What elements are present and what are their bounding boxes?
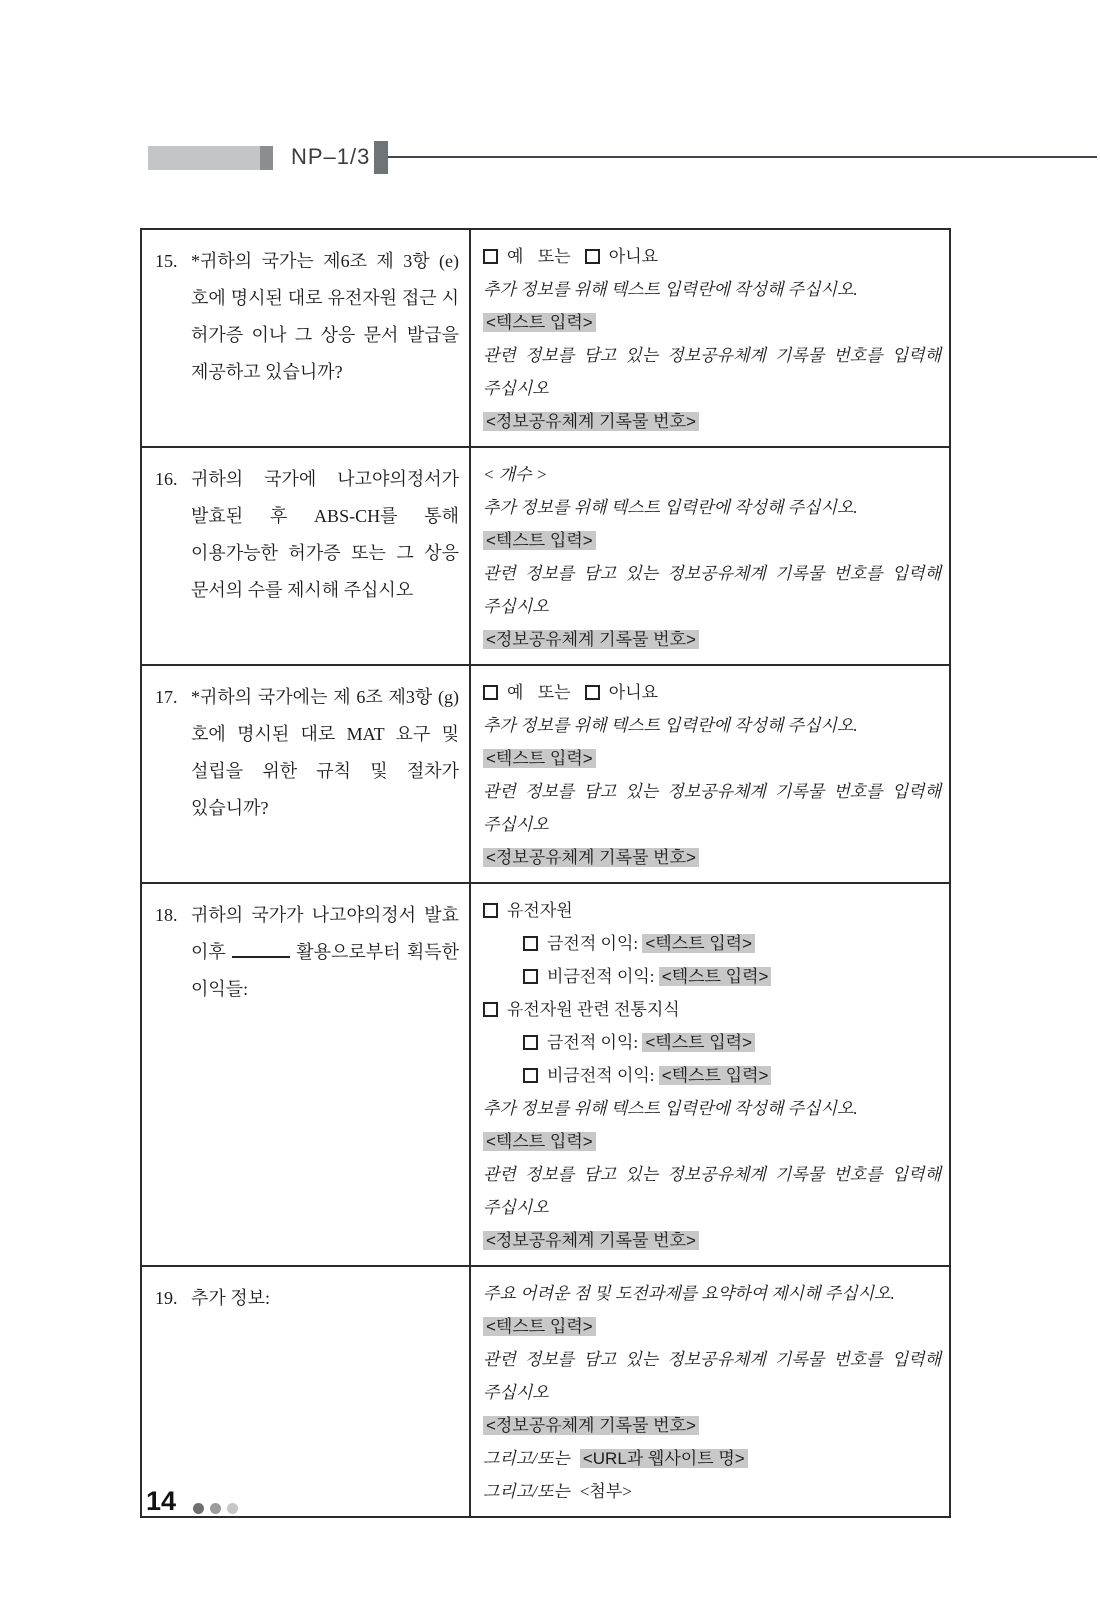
blank-underline xyxy=(232,944,290,958)
record-number-prompt: 관련 정보를 담고 있는 정보공유체계 기록물 번호를 입력해 주십시오 xyxy=(483,339,941,405)
add-info-prompt: 추가 정보를 위해 텍스트 입력란에 작성해 주십시오. xyxy=(483,491,941,524)
dot-icon xyxy=(210,1503,221,1514)
q15-no-checkbox[interactable] xyxy=(585,249,600,264)
answer-cell-q16: < 개수 > 추가 정보를 위해 텍스트 입력란에 작성해 주십시오. <텍스트… xyxy=(471,448,949,664)
yes-label: 예 xyxy=(507,683,523,702)
question-cell-q18: 18. 귀하의 국가가 나고야의정서 발효 이후 활용으로부터 획득한 이익들: xyxy=(142,884,471,1265)
gr-non-monetary-text-input-field[interactable]: <텍스트 입력> xyxy=(659,967,772,986)
header-bar-end-cap xyxy=(260,146,273,170)
question-text: 귀하의 국가에 나고야의정서가 발효된 후 ABS-CH를 통해 이용가능한 허… xyxy=(191,461,459,609)
table-row-q17: 17. *귀하의 국가에는 제 6조 제3항 (g)호에 명시된 대로 MAT … xyxy=(142,664,949,882)
tk-non-monetary-checkbox[interactable] xyxy=(523,1068,538,1083)
record-number-field[interactable]: <정보공유체계 기록물 번호> xyxy=(483,1416,699,1435)
tk-monetary-line: 금전적 이익: <텍스트 입력> xyxy=(483,1026,941,1059)
text-input-field[interactable]: <텍스트 입력> xyxy=(483,1132,596,1151)
monetary-label: 금전적 이익: xyxy=(547,934,638,953)
challenges-prompt: 주요 어려운 점 및 도전과제를 요약하여 제시해 주십시오. xyxy=(483,1277,941,1310)
dot-icon xyxy=(193,1503,204,1514)
text-input-field[interactable]: <텍스트 입력> xyxy=(483,531,596,550)
record-number-prompt: 관련 정보를 담고 있는 정보공유체계 기록물 번호를 입력해 주십시오 xyxy=(483,775,941,841)
and-or-label: 그리고/또는 xyxy=(483,1449,570,1468)
count-field[interactable]: < 개수 > xyxy=(483,465,547,484)
or-label: 또는 xyxy=(538,247,571,266)
q15-yes-checkbox[interactable] xyxy=(483,249,498,264)
record-number-field[interactable]: <정보공유체계 기록물 번호> xyxy=(483,412,699,431)
or-label: 또는 xyxy=(538,683,571,702)
add-info-prompt: 추가 정보를 위해 텍스트 입력란에 작성해 주십시오. xyxy=(483,273,941,306)
record-number-prompt: 관련 정보를 담고 있는 정보공유체계 기록물 번호를 입력해 주십시오 xyxy=(483,557,941,623)
answer-cell-q15: 예 또는 아니요 추가 정보를 위해 텍스트 입력란에 작성해 주십시오. <텍… xyxy=(471,230,949,446)
record-number-line: <정보공유체계 기록물 번호> xyxy=(483,1409,941,1442)
text-input-line: <텍스트 입력> xyxy=(483,524,941,557)
non-monetary-label: 비금전적 이익: xyxy=(547,1066,655,1085)
traditional-knowledge-checkbox[interactable] xyxy=(483,1002,498,1017)
tk-monetary-checkbox[interactable] xyxy=(523,1035,538,1050)
table-row-q15: 15. *귀하의 국가는 제6조 제 3항 (e)호에 명시된 대로 유전자원 … xyxy=(142,230,949,446)
tk-non-monetary-line: 비금전적 이익: <텍스트 입력> xyxy=(483,1059,941,1092)
text-input-line: <텍스트 입력> xyxy=(483,742,941,775)
answer-cell-q18: 유전자원 금전적 이익: <텍스트 입력> 비금전적 이익: <텍스트 입력> … xyxy=(471,884,949,1265)
q17-yes-checkbox[interactable] xyxy=(483,685,498,700)
record-number-field[interactable]: <정보공유체계 기록물 번호> xyxy=(483,630,699,649)
question-cell-q16: 16. 귀하의 국가에 나고야의정서가 발효된 후 ABS-CH를 통해 이용가… xyxy=(142,448,471,664)
text-input-line: <텍스트 입력> xyxy=(483,1310,941,1343)
dot-icon xyxy=(227,1503,238,1514)
record-number-line: <정보공유체계 기록물 번호> xyxy=(483,841,941,874)
gr-monetary-line: 금전적 이익: <텍스트 입력> xyxy=(483,927,941,960)
question-number: 17. xyxy=(155,679,191,716)
yes-label: 예 xyxy=(507,247,523,266)
question-number: 18. xyxy=(155,897,191,934)
document-code: NP–1/3 xyxy=(291,144,370,170)
traditional-knowledge-line: 유전자원 관련 전통지식 xyxy=(483,993,941,1026)
table-row-q19: 19. 추가 정보: 주요 어려운 점 및 도전과제를 요약하여 제시해 주십시… xyxy=(142,1265,949,1516)
add-info-prompt: 추가 정보를 위해 텍스트 입력란에 작성해 주십시오. xyxy=(483,1092,941,1125)
record-number-field[interactable]: <정보공유체계 기록물 번호> xyxy=(483,1231,699,1250)
answer-cell-q19: 주요 어려운 점 및 도전과제를 요약하여 제시해 주십시오. <텍스트 입력>… xyxy=(471,1267,949,1516)
count-line: < 개수 > xyxy=(483,458,941,491)
gr-non-monetary-line: 비금전적 이익: <텍스트 입력> xyxy=(483,960,941,993)
yes-no-line: 예 또는 아니요 xyxy=(483,676,941,709)
record-number-line: <정보공유체계 기록물 번호> xyxy=(483,405,941,438)
gr-non-monetary-checkbox[interactable] xyxy=(523,969,538,984)
attachment-line: 그리고/또는<첨부> xyxy=(483,1475,941,1508)
question-number: 15. xyxy=(155,243,191,280)
question-text: 귀하의 국가가 나고야의정서 발효 이후 활용으로부터 획득한 이익들: xyxy=(191,897,459,1008)
page-number-dots xyxy=(193,1503,238,1514)
no-label: 아니요 xyxy=(609,247,658,266)
gr-monetary-checkbox[interactable] xyxy=(523,936,538,951)
record-number-field[interactable]: <정보공유체계 기록물 번호> xyxy=(483,848,699,867)
question-cell-q19: 19. 추가 정보: xyxy=(142,1267,471,1516)
text-input-line: <텍스트 입력> xyxy=(483,306,941,339)
tk-non-monetary-text-input-field[interactable]: <텍스트 입력> xyxy=(659,1066,772,1085)
q17-no-checkbox[interactable] xyxy=(585,685,600,700)
genetic-resources-label: 유전자원 xyxy=(507,901,573,920)
header-rule-line xyxy=(388,156,1097,158)
header-rule-cap xyxy=(374,141,388,174)
record-number-line: <정보공유체계 기록물 번호> xyxy=(483,623,941,656)
url-website-field[interactable]: <URL과 웹사이트 명> xyxy=(580,1449,748,1468)
monetary-label: 금전적 이익: xyxy=(547,1033,638,1052)
text-input-field[interactable]: <텍스트 입력> xyxy=(483,749,596,768)
no-label: 아니요 xyxy=(609,683,658,702)
yes-no-line: 예 또는 아니요 xyxy=(483,240,941,273)
url-line: 그리고/또는<URL과 웹사이트 명> xyxy=(483,1442,941,1475)
question-cell-q15: 15. *귀하의 국가는 제6조 제 3항 (e)호에 명시된 대로 유전자원 … xyxy=(142,230,471,446)
genetic-resources-line: 유전자원 xyxy=(483,894,941,927)
attachment-field[interactable]: <첨부> xyxy=(580,1482,632,1501)
page-number: 14 xyxy=(146,1486,176,1517)
genetic-resources-checkbox[interactable] xyxy=(483,903,498,918)
answer-cell-q17: 예 또는 아니요 추가 정보를 위해 텍스트 입력란에 작성해 주십시오. <텍… xyxy=(471,666,949,882)
tk-monetary-text-input-field[interactable]: <텍스트 입력> xyxy=(642,1033,755,1052)
question-cell-q17: 17. *귀하의 국가에는 제 6조 제3항 (g)호에 명시된 대로 MAT … xyxy=(142,666,471,882)
document-page: NP–1/3 15. *귀하의 국가는 제6조 제 3항 (e)호에 명시된 대… xyxy=(0,0,1100,1618)
text-input-field[interactable]: <텍스트 입력> xyxy=(483,1317,596,1336)
non-monetary-label: 비금전적 이익: xyxy=(547,967,655,986)
add-info-prompt: 추가 정보를 위해 텍스트 입력란에 작성해 주십시오. xyxy=(483,709,941,742)
record-number-prompt: 관련 정보를 담고 있는 정보공유체계 기록물 번호를 입력해 주십시오 xyxy=(483,1343,941,1409)
question-text: *귀하의 국가에는 제 6조 제3항 (g)호에 명시된 대로 MAT 요구 및… xyxy=(191,679,459,827)
header-bar-decoration xyxy=(148,146,260,170)
questionnaire-table: 15. *귀하의 국가는 제6조 제 3항 (e)호에 명시된 대로 유전자원 … xyxy=(140,228,951,1518)
text-input-field[interactable]: <텍스트 입력> xyxy=(483,313,596,332)
question-number: 16. xyxy=(155,461,191,498)
table-row-q18: 18. 귀하의 국가가 나고야의정서 발효 이후 활용으로부터 획득한 이익들:… xyxy=(142,882,949,1265)
gr-monetary-text-input-field[interactable]: <텍스트 입력> xyxy=(642,934,755,953)
question-number: 19. xyxy=(155,1280,191,1317)
question-text: *귀하의 국가는 제6조 제 3항 (e)호에 명시된 대로 유전자원 접근 시… xyxy=(191,243,459,391)
table-row-q16: 16. 귀하의 국가에 나고야의정서가 발효된 후 ABS-CH를 통해 이용가… xyxy=(142,446,949,664)
traditional-knowledge-label: 유전자원 관련 전통지식 xyxy=(507,1000,680,1019)
record-number-prompt: 관련 정보를 담고 있는 정보공유체계 기록물 번호를 입력해 주십시오 xyxy=(483,1158,941,1224)
and-or-label: 그리고/또는 xyxy=(483,1482,570,1501)
question-text: 추가 정보: xyxy=(191,1280,459,1317)
record-number-line: <정보공유체계 기록물 번호> xyxy=(483,1224,941,1257)
text-input-line: <텍스트 입력> xyxy=(483,1125,941,1158)
